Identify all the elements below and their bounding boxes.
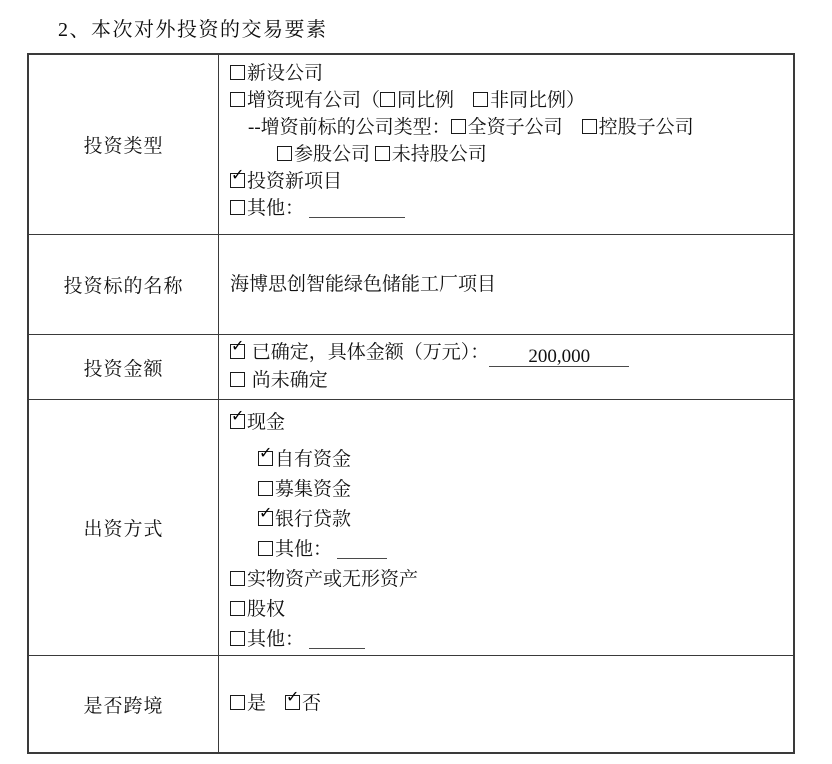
form-line: 新设公司 (230, 60, 785, 87)
check-mark-icon: ✓ (259, 445, 272, 461)
check-mark-icon: ✓ (259, 505, 272, 521)
checkbox-unchecked-icon[interactable] (230, 631, 245, 646)
checkbox-unchecked-icon[interactable] (451, 119, 466, 134)
text-segment: 海博思创智能绿色储能工厂项目 (230, 274, 496, 295)
table-row: 出资方式✓现金✓自有资金募集资金✓银行贷款其他： 实物资产或无形资产股权其他： (29, 400, 793, 656)
checkbox-checked-icon[interactable]: ✓ (258, 451, 273, 466)
form-line: 是 ✓否 (230, 690, 321, 718)
form-line: ✓银行贷款 (230, 505, 785, 535)
checkbox-unchecked-icon[interactable] (230, 200, 245, 215)
checkbox-unchecked-icon[interactable] (230, 65, 245, 80)
checkbox-unchecked-icon[interactable] (473, 92, 488, 107)
table-row: 投资标的名称海博思创智能绿色储能工厂项目 (29, 235, 793, 335)
checkbox-unchecked-icon[interactable] (258, 481, 273, 496)
text-segment: 募集资金 (275, 479, 351, 500)
text-segment: 参股公司 (294, 144, 375, 165)
check-mark-icon: ✓ (231, 408, 244, 424)
checkbox-unchecked-icon[interactable] (230, 571, 245, 586)
checkbox-unchecked-icon[interactable] (230, 601, 245, 616)
text-segment: 实物资产或无形资产 (247, 569, 418, 590)
row-content: 海博思创智能绿色储能工厂项目 (219, 235, 793, 334)
form-line: 其他： (230, 195, 785, 222)
fill-in-blank (309, 197, 405, 218)
form-line: 海博思创智能绿色储能工厂项目 (230, 271, 496, 299)
text-segment: 已确定，具体金额（万元）： (247, 342, 489, 363)
form-line: 其他： (230, 625, 785, 655)
text-segment: 投资新项目 (247, 171, 342, 192)
row-label: 投资标的名称 (29, 235, 219, 334)
row-label: 是否跨境 (29, 656, 219, 752)
checkbox-unchecked-icon[interactable] (230, 372, 245, 387)
checkbox-unchecked-icon[interactable] (230, 92, 245, 107)
form-line: 其他： (230, 535, 785, 565)
checkbox-checked-icon[interactable]: ✓ (230, 173, 245, 188)
text-segment: 同比例 (397, 90, 473, 111)
form-line: 募集资金 (230, 475, 785, 505)
form-line: 股权 (230, 595, 785, 625)
text-segment: 其他： (247, 629, 309, 650)
investment-table: 投资类型新设公司增资现有公司（同比例 非同比例）--增资前标的公司类型：全资子公… (27, 53, 795, 754)
form-line: 参股公司 未持股公司 (230, 141, 785, 168)
text-segment: 控股子公司 (599, 117, 694, 138)
text-segment: 尚未确定 (247, 370, 328, 391)
checkbox-unchecked-icon[interactable] (380, 92, 395, 107)
table-row: 投资类型新设公司增资现有公司（同比例 非同比例）--增资前标的公司类型：全资子公… (29, 55, 793, 235)
text-segment: 是 (247, 693, 285, 714)
text-segment: 未持股公司 (392, 144, 487, 165)
check-mark-icon: ✓ (231, 338, 244, 354)
text-segment: 银行贷款 (275, 509, 351, 530)
text-segment: 现金 (247, 412, 285, 433)
text-segment: 非同比例） (490, 90, 585, 111)
checkbox-checked-icon[interactable]: ✓ (230, 414, 245, 429)
text-segment: --增资前标的公司类型： (248, 117, 451, 138)
form-line: ✓投资新项目 (230, 168, 785, 195)
form-line: ✓ 已确定，具体金额（万元）：200,000 (230, 339, 785, 367)
form-line: --增资前标的公司类型：全资子公司 控股子公司 (230, 114, 785, 141)
row-content: 是 ✓否 (219, 656, 793, 752)
form-line: 实物资产或无形资产 (230, 565, 785, 595)
row-content: 新设公司增资现有公司（同比例 非同比例）--增资前标的公司类型：全资子公司 控股… (219, 55, 793, 234)
check-mark-icon: ✓ (286, 689, 299, 705)
row-label: 出资方式 (29, 400, 219, 655)
text-segment: 新设公司 (247, 63, 323, 84)
checkbox-unchecked-icon[interactable] (230, 695, 245, 710)
check-mark-icon: ✓ (231, 167, 244, 183)
form-line: ✓自有资金 (230, 445, 785, 475)
row-content: ✓ 已确定，具体金额（万元）：200,000 尚未确定 (219, 335, 793, 399)
fill-in-blank (309, 628, 365, 649)
page-title: 2、本次对外投资的交易要素 (58, 13, 328, 42)
row-label: 投资金额 (29, 335, 219, 399)
checkbox-unchecked-icon[interactable] (277, 146, 292, 161)
table-row: 是否跨境是 ✓否 (29, 656, 793, 752)
fill-in-blank: 200,000 (489, 346, 629, 367)
fill-in-blank (337, 538, 387, 559)
table-row: 投资金额✓ 已确定，具体金额（万元）：200,000 尚未确定 (29, 335, 793, 400)
row-content: ✓现金✓自有资金募集资金✓银行贷款其他： 实物资产或无形资产股权其他： (219, 400, 793, 655)
form-line: ✓现金 (230, 408, 785, 438)
checkbox-checked-icon[interactable]: ✓ (230, 344, 245, 359)
text-segment: 增资现有公司（ (247, 90, 380, 111)
text-segment: 其他： (247, 198, 309, 219)
text-segment: 否 (302, 693, 321, 714)
text-segment: 自有资金 (275, 449, 351, 470)
text-segment: 股权 (247, 599, 285, 620)
checkbox-unchecked-icon[interactable] (375, 146, 390, 161)
checkbox-unchecked-icon[interactable] (582, 119, 597, 134)
row-label: 投资类型 (29, 55, 219, 234)
form-line: 尚未确定 (230, 367, 785, 395)
text-segment: 其他： (275, 539, 337, 560)
checkbox-unchecked-icon[interactable] (258, 541, 273, 556)
form-line: 增资现有公司（同比例 非同比例） (230, 87, 785, 114)
checkbox-checked-icon[interactable]: ✓ (285, 695, 300, 710)
checkbox-checked-icon[interactable]: ✓ (258, 511, 273, 526)
text-segment: 全资子公司 (468, 117, 582, 138)
